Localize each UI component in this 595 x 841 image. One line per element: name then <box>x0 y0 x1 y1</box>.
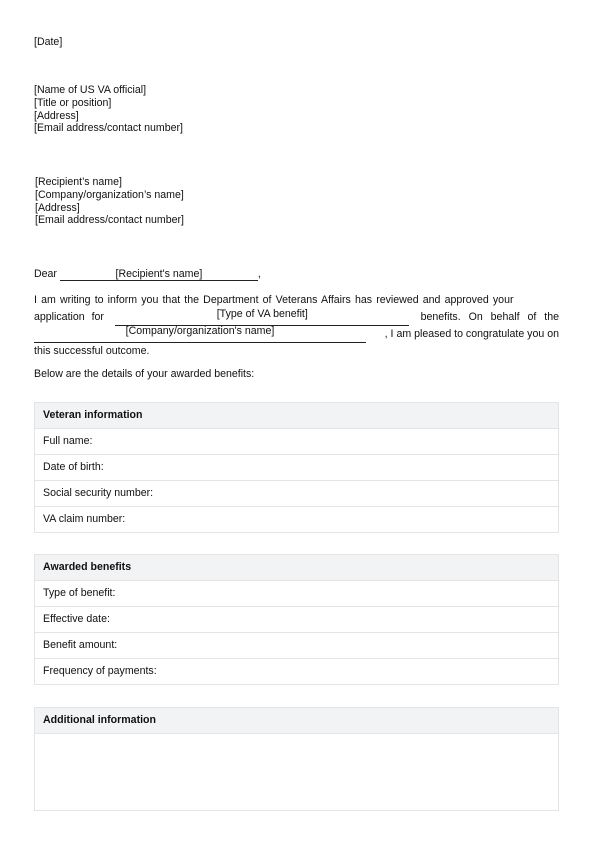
recipient-name-blank[interactable]: [Recipient's name] <box>60 269 258 281</box>
recipient-name: [Recipient’s name] <box>35 176 184 189</box>
recipient-company: [Company/organization’s name] <box>35 189 184 202</box>
veteran-information-header: Veteran information <box>35 403 558 429</box>
body-line-1-text: I am writing to inform you that the Depa… <box>34 292 514 309</box>
table-row[interactable]: VA claim number: <box>35 507 558 532</box>
sender-address: [Address] <box>34 110 183 123</box>
table-row[interactable]: Type of benefit: <box>35 581 558 607</box>
salutation-suffix: , <box>258 268 261 280</box>
benefit-type-blank[interactable]: [Type of VA benefit] <box>115 309 409 326</box>
table-row[interactable]: Date of birth: <box>35 455 558 481</box>
sender-name: [Name of US VA official] <box>34 84 183 97</box>
salutation-prefix: Dear <box>34 268 57 280</box>
sender-contact: [Email address/contact number] <box>34 122 183 135</box>
company-name-blank[interactable]: [Company/organization's name] <box>34 326 366 343</box>
body-line-2: application for [Type of VA benefit] ben… <box>34 309 559 326</box>
awarded-benefits-table: Awarded benefits Type of benefit: Effect… <box>34 554 559 685</box>
additional-information-header: Additional information <box>35 708 558 734</box>
additional-information-body[interactable] <box>35 734 558 810</box>
benefit-type-placeholder: [Type of VA benefit] <box>217 308 308 320</box>
body-line-1: I am writing to inform you that the Depa… <box>34 292 559 309</box>
body-line-4-text: this successful outcome. <box>34 343 149 360</box>
table-row[interactable]: Benefit amount: <box>35 633 558 659</box>
recipient-address: [Address] <box>35 202 184 215</box>
body-line-3-suffix: , I am pleased to congratulate you on <box>366 326 559 343</box>
recipient-contact: [Email address/contact number] <box>35 214 184 227</box>
body-line-4: this successful outcome. <box>34 343 559 360</box>
veteran-information-table: Veteran information Full name: Date of b… <box>34 402 559 533</box>
company-name-placeholder: [Company/organization's name] <box>126 325 275 337</box>
sender-title: [Title or position] <box>34 97 183 110</box>
table-row[interactable]: Effective date: <box>35 607 558 633</box>
table-row[interactable]: Frequency of payments: <box>35 659 558 684</box>
awarded-benefits-header: Awarded benefits <box>35 555 558 581</box>
body-line-2-prefix: application for <box>34 309 104 326</box>
table-row[interactable]: Social security number: <box>35 481 558 507</box>
body-line-3: [Company/organization's name], I am plea… <box>34 326 559 343</box>
recipient-block: [Recipient’s name] [Company/organization… <box>35 176 184 227</box>
body-paragraph: I am writing to inform you that the Depa… <box>34 292 559 360</box>
additional-information-table: Additional information <box>34 707 559 811</box>
salutation: Dear [Recipient's name], <box>34 268 261 281</box>
benefits-intro: Below are the details of your awarded be… <box>34 368 254 380</box>
sender-block: [Name of US VA official] [Title or posit… <box>34 84 183 135</box>
date-placeholder: [Date] <box>34 36 62 49</box>
table-row[interactable]: Full name: <box>35 429 558 455</box>
date-line: [Date] <box>34 36 62 49</box>
recipient-name-placeholder: [Recipient's name] <box>116 268 203 280</box>
body-line-2-suffix: benefits. On behalf of the <box>421 309 559 326</box>
